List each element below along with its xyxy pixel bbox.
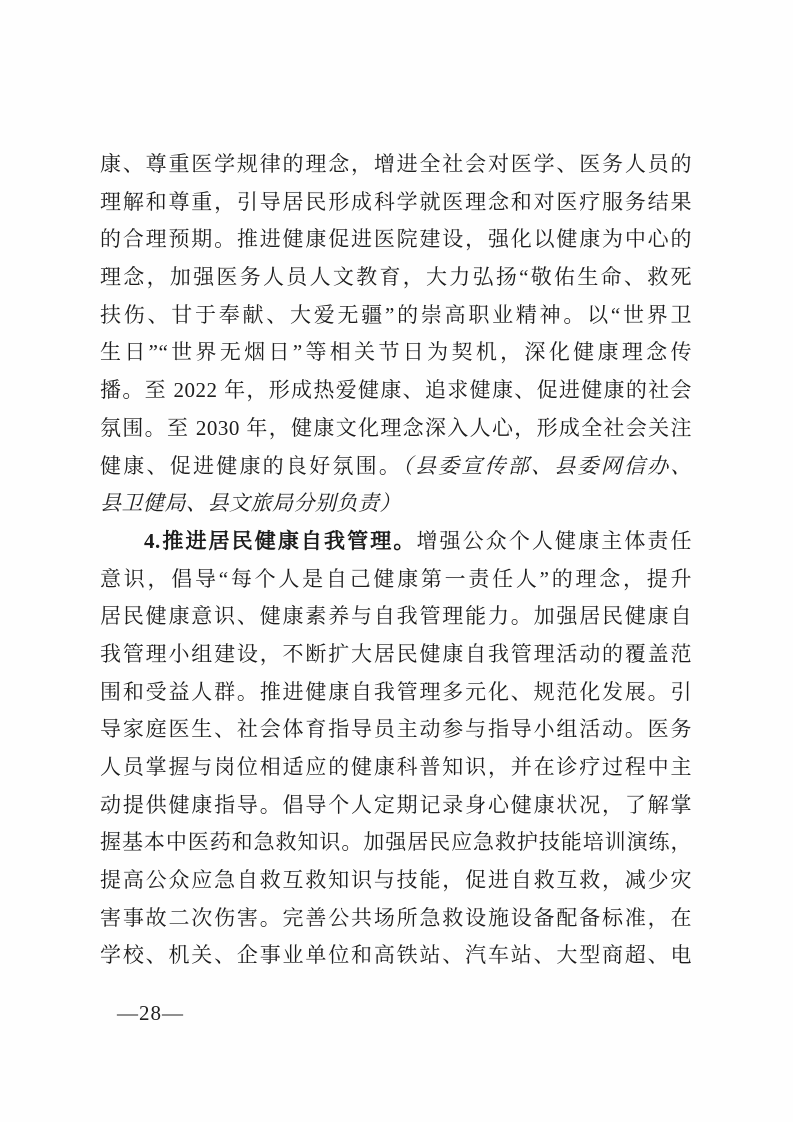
- text-line: 氛围。至 2030 年，健康文化理念深入人心，形成全社会关注: [100, 410, 692, 448]
- section-heading: 4.推进居民健康自我管理。: [144, 529, 416, 553]
- page-number: —28—: [117, 1000, 184, 1026]
- text-line: 围和受益人群。推进健康自我管理多元化、规范化发展。引: [100, 674, 692, 712]
- document-page: 康、尊重医学规律的理念，增进全社会对医学、医务人员的 理解和尊重，引导居民形成科…: [0, 0, 793, 1122]
- text-line: 我管理小组建设，不断扩大居民健康自我管理活动的覆盖范: [100, 636, 692, 674]
- text-line: 人员掌握与岗位相适应的健康科普知识，并在诊疗过程中主: [100, 749, 692, 787]
- text-segment: 健康、促进健康的良好氛围。: [100, 454, 402, 478]
- responsible-units-attribution: 县卫健局、县文旅局分别负责）: [100, 491, 401, 515]
- body-text: 康、尊重医学规律的理念，增进全社会对医学、医务人员的 理解和尊重，引导居民形成科…: [100, 146, 692, 975]
- text-line: 的合理预期。推进健康促进医院建设，强化以健康为中心的: [100, 221, 692, 259]
- text-line: 健康、促进健康的良好氛围。（县委宣传部、县委网信办、: [100, 448, 692, 486]
- text-segment: 增强公众个人健康主体责任: [416, 529, 692, 553]
- text-line: 康、尊重医学规律的理念，增进全社会对医学、医务人员的: [100, 146, 692, 184]
- text-line: 居民健康意识、健康素养与自我管理能力。加强居民健康自: [100, 598, 692, 636]
- text-line: 握基本中医药和急救知识。加强居民应急救护技能培训演练，: [100, 824, 692, 862]
- responsible-units-attribution: （县委宣传部、县委网信办、: [402, 454, 692, 478]
- text-line: 4.推进居民健康自我管理。增强公众个人健康主体责任: [100, 523, 692, 561]
- text-line: 动提供健康指导。倡导个人定期记录身心健康状况，了解掌: [100, 787, 692, 825]
- text-line: 导家庭医生、社会体育指导员主动参与指导小组活动。医务: [100, 711, 692, 749]
- text-line: 理念，加强医务人员人文教育，大力弘扬“敬佑生命、救死: [100, 259, 692, 297]
- text-line: 害事故二次伤害。完善公共场所急救设施设备配备标准，在: [100, 900, 692, 938]
- text-line: 扶伤、甘于奉献、大爱无疆”的崇高职业精神。以“世界卫: [100, 297, 692, 335]
- text-line: 生日”“世界无烟日”等相关节日为契机，深化健康理念传: [100, 334, 692, 372]
- text-line: 县卫健局、县文旅局分别负责）: [100, 485, 692, 523]
- text-line: 意识，倡导“每个人是自己健康第一责任人”的理念，提升: [100, 561, 692, 599]
- text-line: 提高公众应急自救互救知识与技能，促进自救互救，减少灾: [100, 862, 692, 900]
- text-line: 理解和尊重，引导居民形成科学就医理念和对医疗服务结果: [100, 184, 692, 222]
- text-line: 学校、机关、企事业单位和高铁站、汽车站、大型商超、电: [100, 937, 692, 975]
- text-line: 播。至 2022 年，形成热爱健康、追求健康、促进健康的社会: [100, 372, 692, 410]
